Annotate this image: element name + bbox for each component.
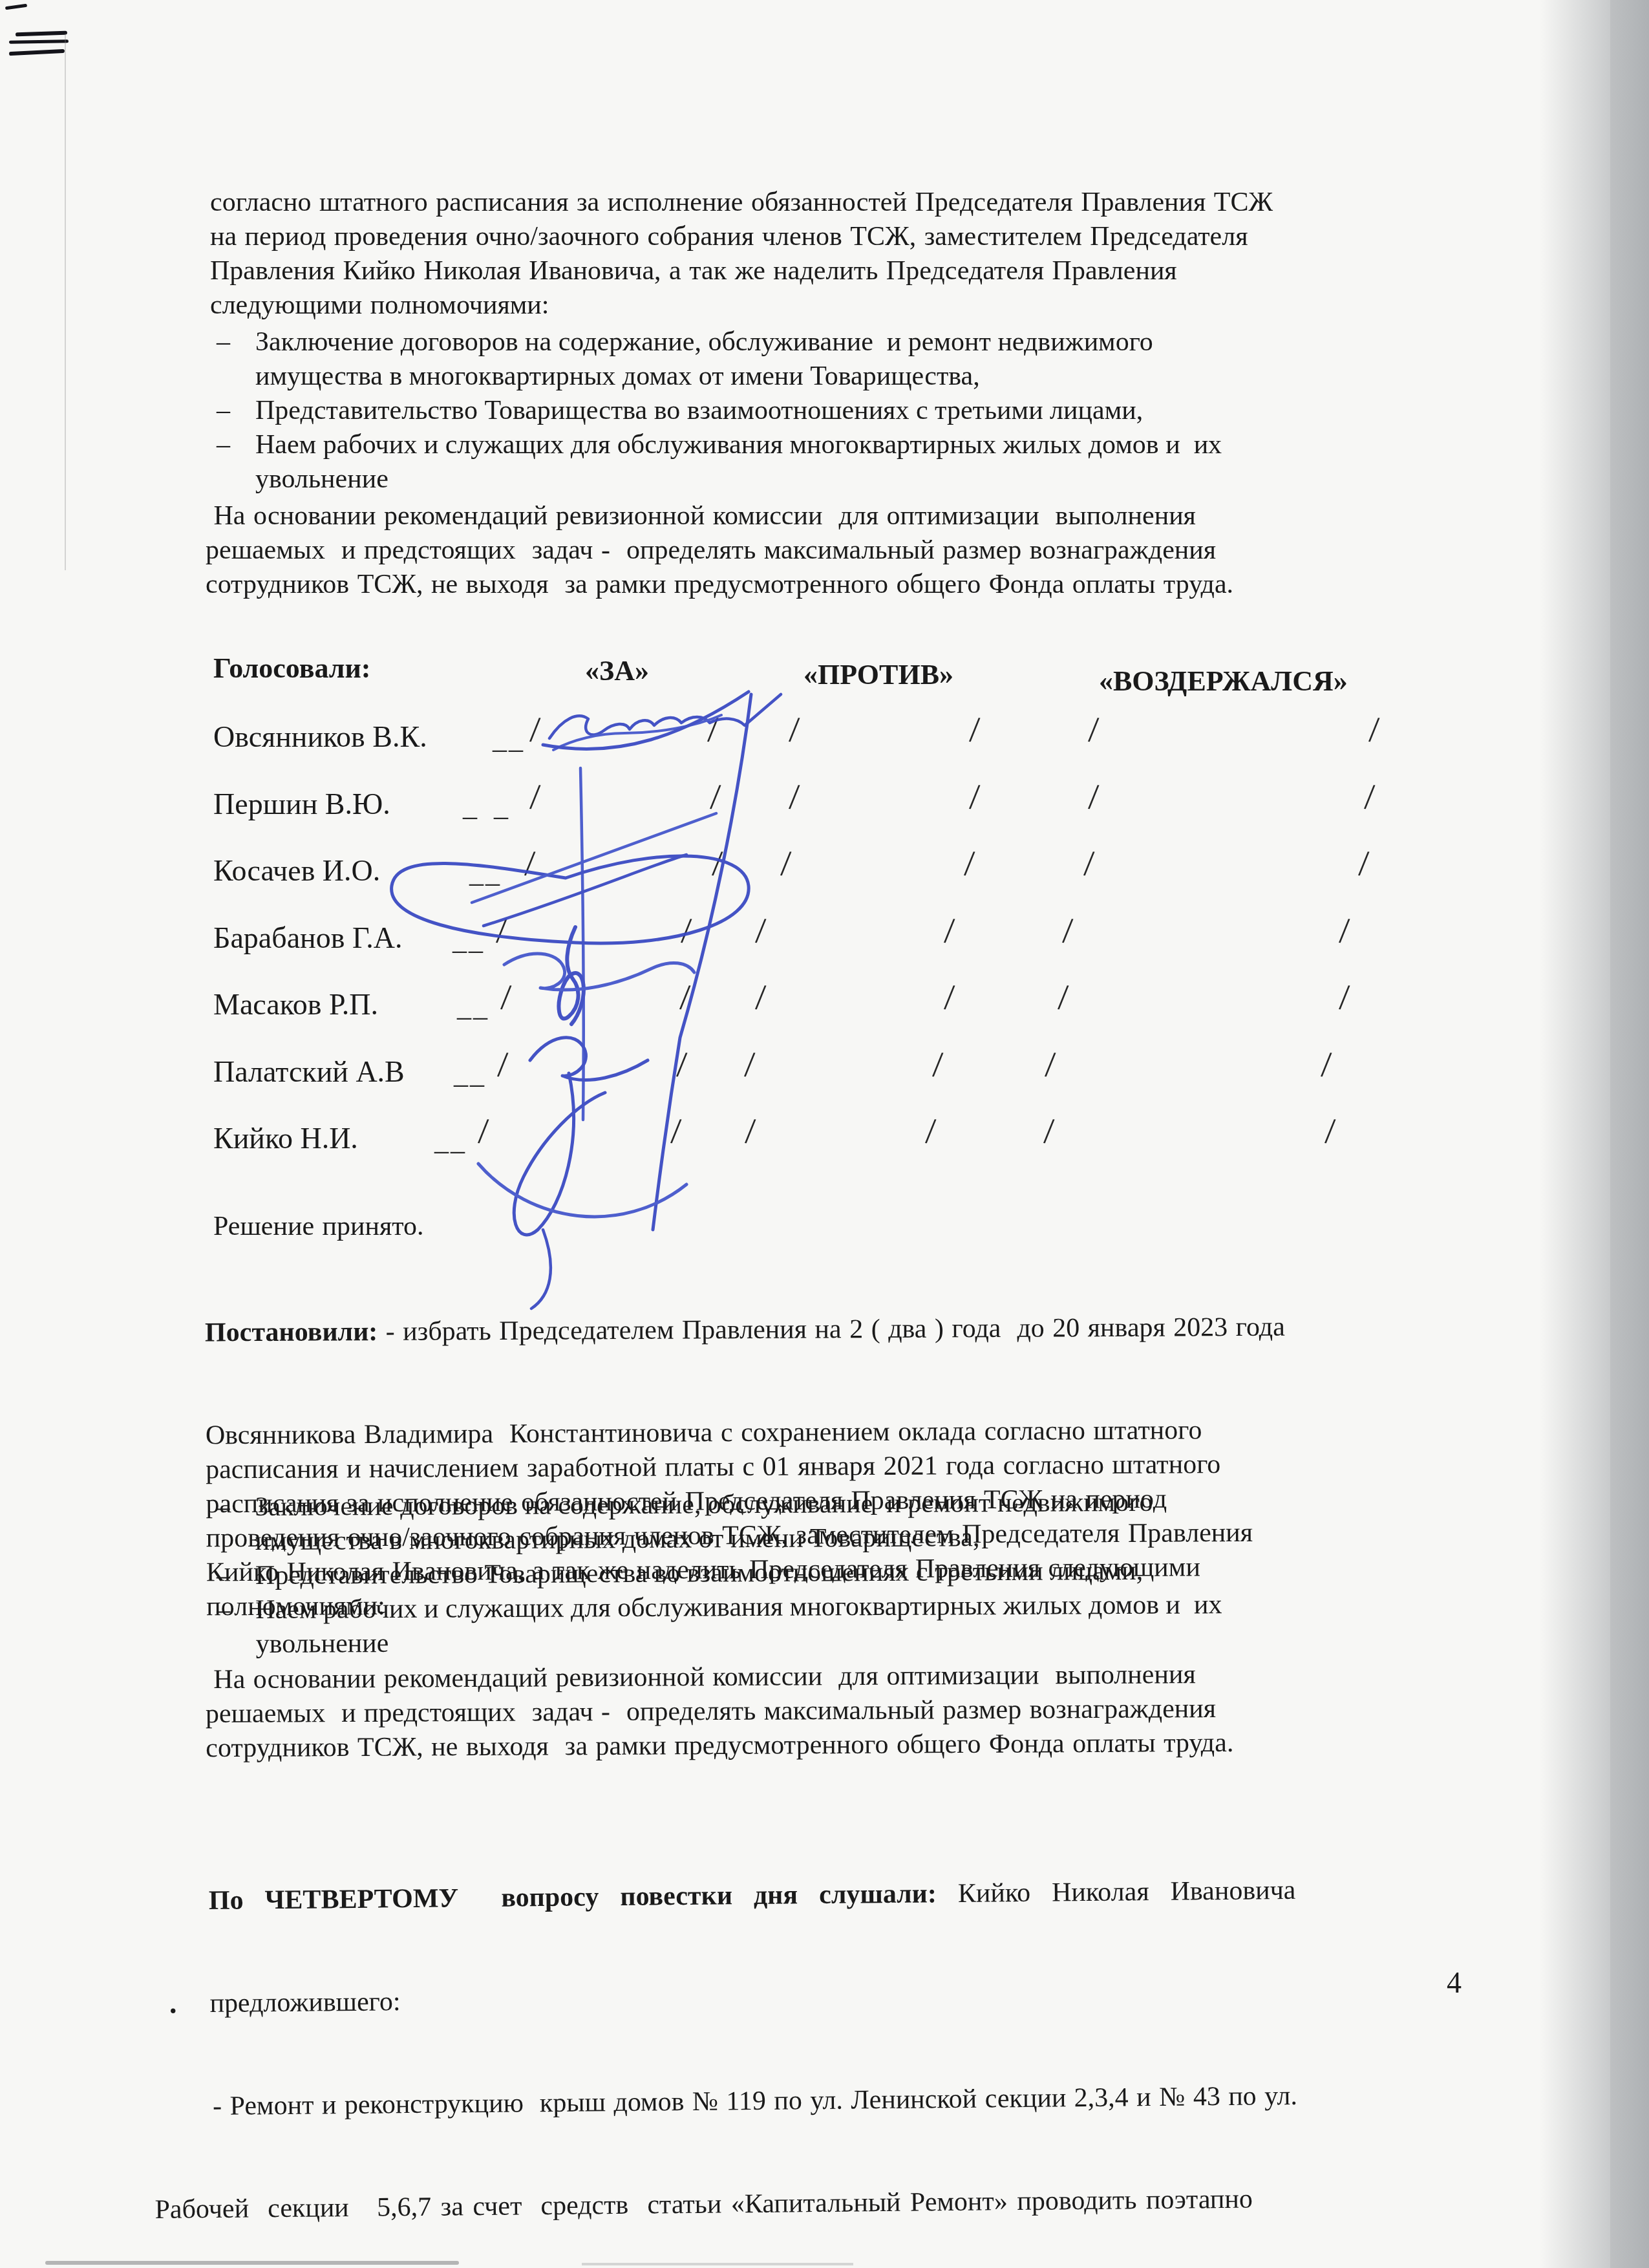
slash-mark: / xyxy=(1087,776,1100,818)
fourth-question-line3: - Ремонт и реконструкцию крыш домов № 11… xyxy=(197,2079,1298,2124)
slash-mark: / xyxy=(1083,843,1095,885)
intro-paragraph: согласно штатного расписания за исполнен… xyxy=(210,186,1273,323)
slash-mark: / xyxy=(931,1044,944,1086)
voting-table-row: Масаков Р.П. __ ////// xyxy=(0,987,1649,1029)
fourth-question-paragraph: По ЧЕТВЕРТОМУ вопросу повестки дня слуша… xyxy=(208,1805,1299,2261)
voting-table-row: Овсянников В.К. __ ////// xyxy=(0,720,1649,761)
scan-bottom-edge xyxy=(45,2261,459,2265)
slash-mark: / xyxy=(1338,977,1350,1019)
list-item: –Представительство Товарищества во взаим… xyxy=(215,394,1540,428)
basis-paragraph: На основании рекомендаций ревизионной ко… xyxy=(206,1658,1234,1766)
paper-edge-shadow xyxy=(1539,0,1649,2268)
slash-mark: / xyxy=(943,977,955,1019)
scan-artifact-line-3 xyxy=(9,49,65,56)
fourth-question-first-line: По ЧЕТВЕРТОМУ вопросу повестки дня слуша… xyxy=(209,1874,1296,1918)
scan-artifact-line-1 xyxy=(16,31,67,37)
slash-mark: / xyxy=(1087,709,1100,751)
dash-marker: – xyxy=(217,394,230,428)
fourth-question-line4: Рабочей секции 5,6,7 за счет средств ста… xyxy=(154,2182,1299,2227)
scan-artifact-corner-tick xyxy=(5,4,27,10)
slash-mark: / xyxy=(1368,709,1380,751)
slash-mark: / xyxy=(1043,1111,1055,1153)
voting-header: Голосовали: «ЗА» «ПРОТИВ» «ВОЗДЕРЖАЛСЯ» xyxy=(0,652,1649,690)
list-item: –Заключение договоров на содержание, обс… xyxy=(215,325,1540,394)
slash-mark: / xyxy=(924,1111,937,1153)
scan-fold-line xyxy=(65,34,66,570)
powers-list: –Заключение договоров на содержание, обс… xyxy=(215,1484,1540,1662)
powers-list: –Заключение договоров на содержание, обс… xyxy=(215,325,1540,497)
scan-bottom-edge xyxy=(582,2263,853,2265)
voting-table-row: Кийко Н.И. __ ////// xyxy=(0,1121,1649,1162)
slash-mark: / xyxy=(1324,1111,1336,1153)
column-protiv: «ПРОТИВ» xyxy=(803,658,953,691)
slash-mark: / xyxy=(788,709,800,751)
slash-mark: / xyxy=(1320,1044,1332,1086)
slash-mark: / xyxy=(1338,910,1350,952)
slash-mark: / xyxy=(943,910,955,952)
slash-mark: / xyxy=(788,776,800,818)
voter-name: Кийко Н.И. xyxy=(213,1121,358,1155)
scan-artifact-line-2 xyxy=(9,39,69,44)
slash-mark: / xyxy=(968,709,981,751)
fourth-question-lead: По ЧЕТВЕРТОМУ вопросу повестки дня слуша… xyxy=(209,1879,937,1916)
fourth-question-speaker: Кийко Николая Ивановича xyxy=(937,1876,1296,1909)
dash-marker: – xyxy=(217,325,230,359)
page-number: 4 xyxy=(1447,1965,1462,2000)
list-item-text: Наем рабочих и служащих для обслуживания… xyxy=(255,1590,1222,1659)
list-item-text: Заключение договоров на содержание, обсл… xyxy=(255,1488,1153,1556)
voting-table-row: Першин В.Ю. __ ////// xyxy=(0,787,1649,828)
voting-table-row: Палатский А.В __ ////// xyxy=(0,1054,1649,1096)
slash-mark: / xyxy=(963,843,975,885)
column-vozderzhalsya: «ВОЗДЕРЖАЛСЯ» xyxy=(1099,665,1348,698)
dash-marker: – xyxy=(217,1593,230,1627)
voting-table-row: Барабанов Г.А. __ ////// xyxy=(0,921,1649,962)
signature-ink xyxy=(349,672,789,1332)
fourth-question-line2: предложившего: xyxy=(209,1976,1297,2021)
list-item: –Наем рабочих и служащих для обслуживани… xyxy=(215,1587,1541,1662)
dash-marker: – xyxy=(217,1559,230,1593)
list-item-text: Заключение договоров на содержание, обсл… xyxy=(255,327,1153,391)
slash-mark: / xyxy=(1044,1044,1056,1086)
stray-dot: . xyxy=(169,1986,177,2020)
basis-paragraph: На основании рекомендаций ревизионной ко… xyxy=(206,499,1233,602)
list-item: –Наем рабочих и служащих для обслуживани… xyxy=(215,428,1540,497)
slash-mark: / xyxy=(1061,910,1074,952)
slash-mark: / xyxy=(1057,977,1069,1019)
voting-label: Голосовали: xyxy=(213,652,371,685)
slash-mark: / xyxy=(968,776,981,818)
slash-mark: / xyxy=(1363,776,1376,818)
slash-mark: / xyxy=(1357,843,1370,885)
list-item-text: Наем рабочих и служащих для обслуживания… xyxy=(255,430,1222,494)
voting-table-row: Косачев И.О. __ ////// xyxy=(0,853,1649,895)
scanned-document-page: { "scan": { "page_number": "4", "stray_d… xyxy=(0,0,1649,2268)
dash-marker: – xyxy=(217,428,230,462)
dash-marker: – xyxy=(216,1490,229,1524)
list-item-text: Представительство Товарищества во взаимо… xyxy=(255,396,1143,425)
list-item: –Заключение договоров на содержание, обс… xyxy=(215,1484,1540,1559)
list-item-text: Представительство Товарищества во взаимо… xyxy=(255,1556,1143,1590)
